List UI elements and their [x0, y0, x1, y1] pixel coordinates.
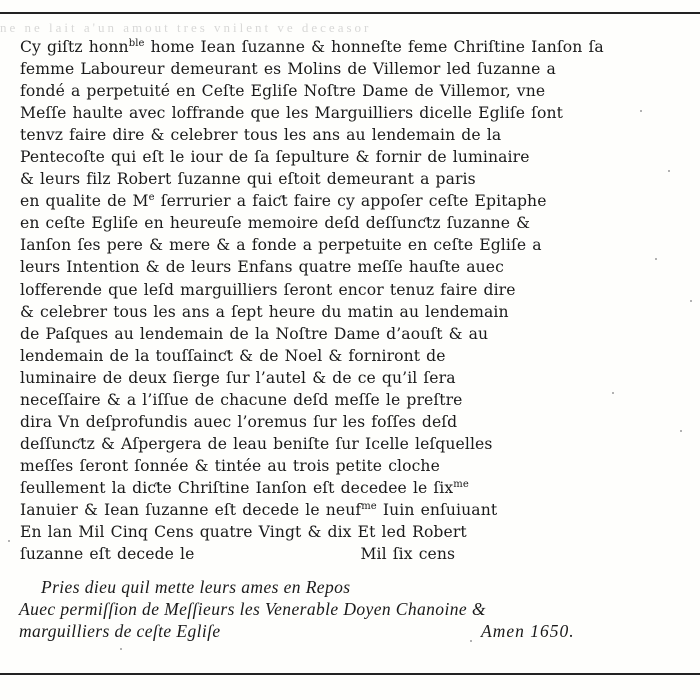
scan-speck — [612, 392, 614, 394]
scan-speck — [655, 258, 657, 260]
epitaph-line-9: en ceſte Egliſe en heureuſe memoire deſd… — [20, 212, 692, 234]
epitaph-line-21: ſeullement la diƈte Chriſtine Ianſon eſt… — [20, 477, 692, 499]
churchwardens-line: marguilliers de ceſte Egliſe — [19, 620, 691, 642]
epitaph-line-20: meſſes ſeront ſonnée & tintée au trois p… — [20, 455, 692, 477]
epitaph-line-13: & celebrer tous les ans a ſept heure du … — [20, 301, 692, 323]
scan-speck — [120, 648, 122, 650]
epitaph-line-17: neceſſaire & a l’iſſue de chacune deſd m… — [20, 389, 692, 411]
epitaph-line-24: ſuzanne eſt decede leMil ſix cens — [20, 543, 692, 565]
scanned-epitaph-page: ne ne lait a'un amout tres vnilent ve de… — [0, 0, 700, 700]
epitaph-line-18: dira Vn deſprofundis auec l’oremus ſur l… — [20, 411, 692, 433]
scan-speck — [680, 430, 682, 432]
epitaph-line-16: luminaire de deux ſierge ſur l’autel & d… — [20, 367, 692, 389]
bottom-rule — [0, 673, 700, 675]
epitaph-line-23: En lan Mil Cinq Cens quatre Vingt & dix … — [20, 521, 692, 543]
epitaph-line-15: lendemain de la touſſainƈt & de Noel & f… — [20, 345, 692, 367]
permission-line: Auec permiſſion de Meſſieurs les Venerab… — [19, 598, 691, 620]
epitaph-line-5: tenvz faire dire & celebrer tous les ans… — [20, 124, 692, 146]
epitaph-line-1: Cy giſtz honnble home Iean ſuzanne & hon… — [20, 36, 692, 58]
scan-speck — [640, 110, 642, 112]
top-rule — [0, 12, 700, 14]
epitaph-line-11: leurs Intention & de leurs Enfans quatre… — [20, 256, 692, 278]
epitaph-line-12: lofferende que leſd marguilliers ſeront … — [20, 279, 692, 301]
epitaph-line-14: de Paſques au lendemain de la Noſtre Dam… — [20, 323, 692, 345]
bleed-through-text: ne ne lait a'un amout tres vnilent ve de… — [0, 20, 700, 34]
epitaph-line-8: en qualite de Me ſerrurier a faiƈt faire… — [20, 190, 692, 212]
epitaph-line-6: Pentecoſte qui eſt le iour de ſa ſepultu… — [20, 146, 692, 168]
scan-speck — [668, 170, 670, 172]
prayer-line: Pries dieu quil mette leurs ames en Repo… — [19, 576, 691, 598]
epitaph-line-22: Ianuier & Iean ſuzanne eſt decede le neu… — [20, 499, 692, 521]
scan-speck — [470, 640, 472, 642]
scan-speck — [690, 300, 692, 302]
epitaph-line-19: deſſunƈtz & Aſpergera de leau beniſte ſu… — [20, 433, 692, 455]
scan-speck — [8, 540, 10, 542]
epitaph-body: Cy giſtz honnble home Iean ſuzanne & hon… — [20, 36, 692, 565]
closing-inscription: Pries dieu quil mette leurs ames en Repo… — [19, 576, 691, 642]
epitaph-line-4: Meſſe haulte avec loffrande que les Marg… — [20, 102, 692, 124]
epitaph-line-10: Ianſon ſes pere & mere & a fonde a perpe… — [20, 234, 692, 256]
epitaph-line-3: fondé a perpetuité en Ceſte Egliſe Noſtr… — [20, 80, 692, 102]
epitaph-line-7: & leurs filz Robert ſuzanne qui eſtoit d… — [20, 168, 692, 190]
amen-date: Amen 1650. — [481, 620, 575, 642]
epitaph-line-2: femme Laboureur demeurant es Molins de V… — [20, 58, 692, 80]
